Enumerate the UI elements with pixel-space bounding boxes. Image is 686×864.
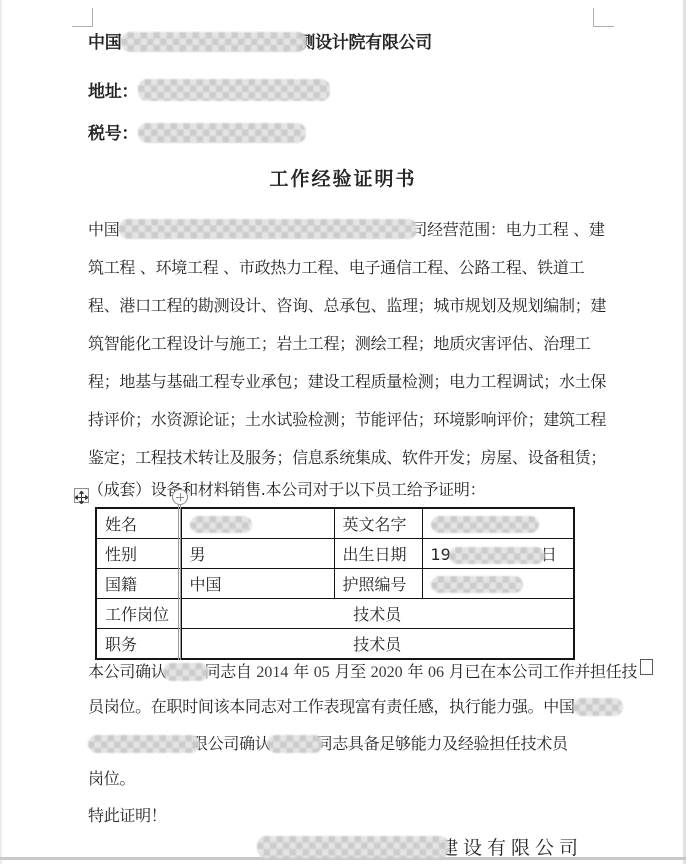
page-left-edge: [0, 0, 2, 864]
confirmation-line-3: 限公司确认同志具备足够能力及经验担任技术员: [88, 733, 568, 755]
missing-glyph-box: [640, 659, 653, 675]
redacted-blur: [88, 735, 200, 753]
text-segment: 中国: [88, 33, 121, 53]
text-segment: 同志具备足够能力及经验担任技术员: [317, 734, 568, 753]
intro-line-2: 筑工程 、环境工程 、市政热力工程、电子通信工程、公路工程、铁道工: [88, 257, 584, 279]
redacted-blur: [431, 516, 539, 533]
redacted-blur: [257, 836, 449, 858]
cell-dob-label: 出生日期: [334, 539, 422, 569]
redacted-blur: [119, 219, 417, 239]
redacted-blur: [138, 123, 306, 143]
cell-dob-value: 19日: [422, 539, 574, 569]
text-segment: 19: [431, 545, 451, 564]
text-segment: 筑工程 、环境工程 、市政热力工程、电子通信工程、公路工程、铁道工: [88, 258, 584, 277]
cell-gender-value: 男: [181, 539, 334, 569]
redacted-blur: [163, 663, 209, 681]
redacted-blur: [138, 79, 330, 101]
redacted-blur: [267, 735, 323, 753]
text-segment: 月至: [330, 662, 371, 681]
intro-line-8: （成套）设备和材料销售.本公司对于以下员工给予证明：: [88, 479, 485, 501]
intro-line-5: 程；地基与基础工程专业承包；建设工程质量检测；电力工程调试；水土保: [88, 371, 606, 393]
text-segment: 2014: [256, 664, 288, 681]
cell-passport-label: 护照编号: [334, 569, 422, 599]
text-segment: 本公司确认: [88, 662, 167, 681]
cell-duty-label: 职务: [96, 629, 181, 660]
text-segment: 年: [403, 662, 428, 681]
confirmation-line-1: 本公司确认同志自 2014 年 05 月至 2020 年 06 月已在本公司工作…: [88, 659, 653, 684]
text-segment: 程；地基与基础工程专业承包；建设工程质量检测；电力工程调试；水土保: [88, 372, 606, 391]
document-title: 工作经验证明书: [0, 168, 686, 190]
cell-duty-value: 技术员: [181, 629, 574, 660]
intro-line-1: 中国司经营范围：电力工程 、建: [88, 219, 605, 241]
signature-company-line: 建设有限公司: [257, 836, 583, 859]
letterhead-company-line: 中国测设计院有限公司: [88, 32, 432, 54]
intro-line-6: 持评价；水资源论证；土水试验检测；节能评估；环境影响评价；建筑工程: [88, 409, 606, 431]
crop-mark-top-left-icon: [72, 8, 93, 27]
cell-name-value: [181, 508, 334, 539]
table-row: 职务 技术员: [96, 629, 574, 660]
cell-passport-value: [422, 569, 574, 599]
confirmation-line-4: 岗位。: [88, 768, 135, 790]
text-segment: 2020: [371, 664, 403, 681]
text-segment: 建设有限公司: [439, 837, 583, 859]
text-segment: 05: [314, 664, 330, 681]
crop-mark-top-right-icon: [593, 8, 614, 27]
text-segment: 中国: [88, 220, 119, 239]
text-segment: （成套）设备和材料销售.本公司对于以下员工给予证明：: [88, 480, 485, 499]
text-segment: 月已在本公司工作并担任技: [444, 662, 637, 681]
cell-engname-label: 英文名字: [334, 508, 422, 539]
text-segment: 员岗位。在职时间该本同志对工作表现富有责任感，执行能力强。中国: [88, 697, 575, 716]
text-segment: 持评价；水资源论证；土水试验检测；节能评估；环境影响评价；建筑工程: [88, 410, 606, 429]
cell-gender-label: 性别: [96, 539, 181, 569]
text-segment: 男: [190, 545, 206, 564]
redacted-blur: [431, 576, 523, 593]
text-segment: 程、港口工程的勘测设计、咨询、总承包、监理；城市规划及规划编制；建: [88, 296, 606, 315]
text-segment: 中国: [190, 575, 222, 594]
text-segment: 限公司确认: [192, 734, 271, 753]
confirmation-line-2: 员岗位。在职时间该本同志对工作表现富有责任感，执行能力强。中国: [88, 696, 623, 718]
text-segment: 筑智能化工程设计与施工；岩土工程；测绘工程；地质灾害评估、治理工: [88, 334, 590, 353]
text-segment: 年: [288, 662, 313, 681]
cell-name-label: 姓名: [96, 508, 181, 539]
text-segment: 06: [428, 664, 444, 681]
redacted-blur: [449, 547, 545, 564]
cell-position-label: 工作岗位: [96, 599, 181, 629]
intro-line-3: 程、港口工程的勘测设计、咨询、总承包、监理；城市规划及规划编制；建: [88, 295, 606, 317]
cell-position-value: 技术员: [181, 599, 574, 629]
cell-engname-value: [422, 508, 574, 539]
table-row: 工作岗位 技术员: [96, 599, 574, 629]
cell-nationality-value: 中国: [181, 569, 334, 599]
text-segment: 地址：: [88, 82, 138, 102]
intro-line-7: 鉴定；工程技术转让及服务；信息系统集成、软件开发；房屋、设备租赁；: [88, 447, 606, 469]
intro-line-4: 筑智能化工程设计与施工；岩土工程；测绘工程；地质灾害评估、治理工: [88, 333, 590, 355]
text-segment: 鉴定；工程技术转让及服务；信息系统集成、软件开发；房屋、设备租赁；: [88, 448, 606, 467]
table-row: 国籍 中国 护照编号: [96, 569, 574, 599]
redacted-blur: [190, 516, 252, 533]
column-resize-guide-line: [178, 492, 181, 660]
document-page: 中国测设计院有限公司 地址： 税号： 工作经验证明书 中国司经营范围：电力工程 …: [0, 0, 686, 864]
text-segment: 司经营范围：电力工程 、建: [411, 220, 604, 239]
four-arrows-cross-icon: [75, 491, 88, 504]
redacted-blur: [121, 32, 307, 52]
table-move-handle-icon[interactable]: [74, 488, 89, 503]
table-row: 姓名 英文名字: [96, 508, 574, 539]
text-segment: 岗位。: [88, 769, 135, 788]
employee-details-table: 姓名 英文名字 性别 男 出生日期 19日 国籍 中国 护照编号 工作岗位 技术…: [95, 507, 575, 660]
letterhead-tax-line: 税号：: [88, 123, 306, 145]
redacted-blur: [573, 698, 623, 716]
text-segment: 同志自: [205, 662, 257, 681]
text-segment: 税号：: [88, 124, 138, 144]
text-segment: 测设计院有限公司: [298, 33, 432, 53]
insert-column-plus-icon[interactable]: [172, 489, 188, 505]
closing-statement: 特此证明！: [88, 805, 167, 827]
cell-nationality-label: 国籍: [96, 569, 181, 599]
letterhead-address-line: 地址：: [88, 79, 330, 103]
table-row: 性别 男 出生日期 19日: [96, 539, 574, 569]
